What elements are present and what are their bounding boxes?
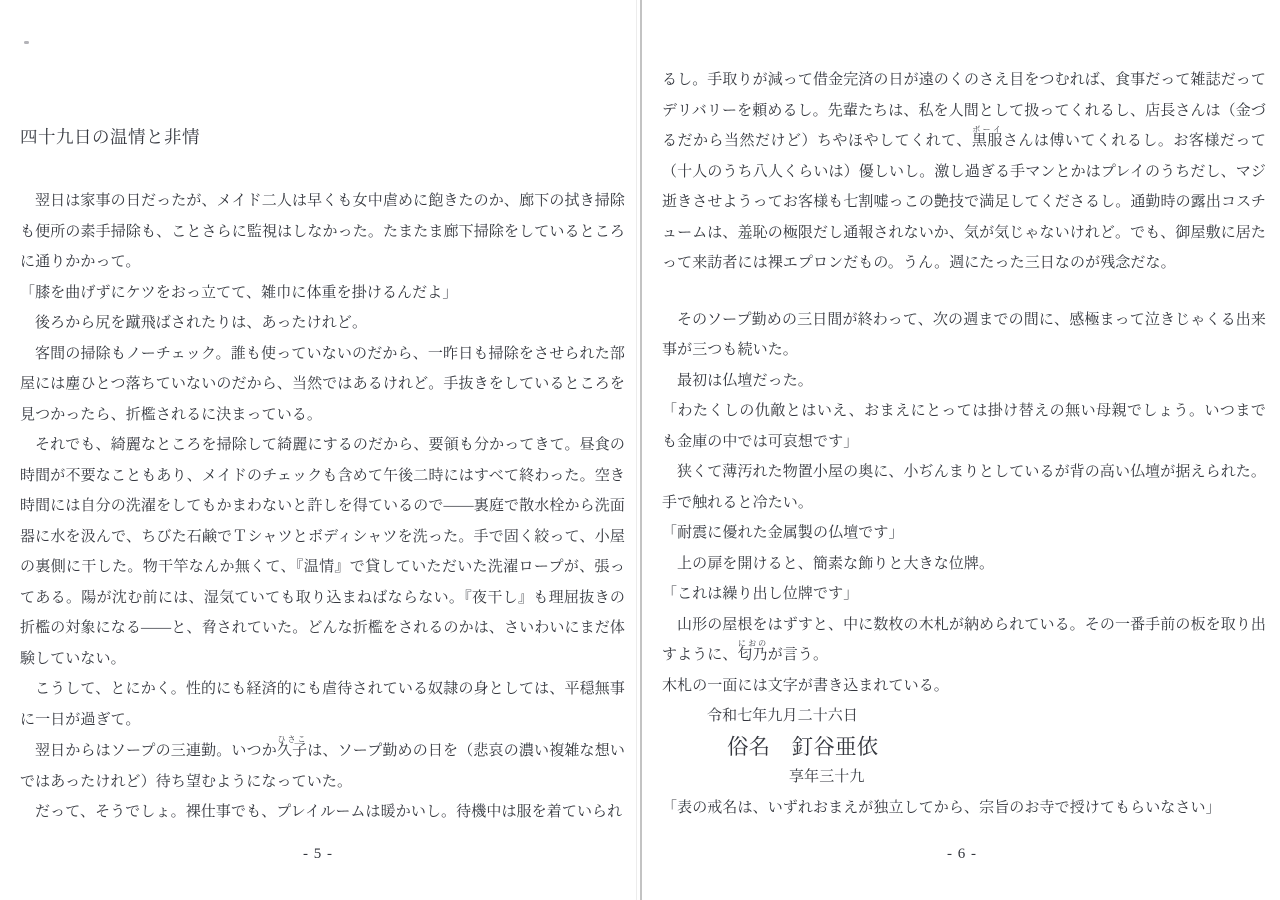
document-spread: 四十九日の温情と非情 翌日は家事の日だったが、メイド二人は早くも女中虐めに飽きた… [0, 0, 1280, 900]
paragraph: 享年三十九 [662, 762, 1266, 793]
paragraph: 最初は仏壇だった。 [662, 366, 1266, 397]
paragraph: 狭くて薄汚れた物置小屋の奥に、小ぢんまりとしているが背の高い仏壇が据えられた。手… [662, 457, 1266, 518]
paragraph: 客間の掃除もノーチェック。誰も使っていないのだから、一昨日も掃除をさせられた部屋… [20, 339, 625, 431]
ruby-annotated-name: 匂乃におの [738, 647, 768, 663]
paragraph: 俗名 釘谷亜依 [662, 732, 1266, 763]
paragraph: るし。手取りが減って借金完済の日が遠のくのさえ目をつむれば、食事だって雑誌だって… [662, 65, 1266, 279]
paragraph: 「これは繰り出し位牌です」 [662, 579, 1266, 610]
paragraph: こうして、とにかく。性的にも経済的にも虐待されている奴隷の身としては、平穏無事に… [20, 674, 625, 735]
paragraph: 翌日からはソープの三連勤。いつか久子ひさこは、ソープ勤めの日を（悲哀の濃い複雑な… [20, 735, 625, 797]
page-6: るし。手取りが減って借金完済の日が遠のくのさえ目をつむれば、食事だって雑誌だって… [644, 0, 1280, 900]
paragraph: 山形の屋根をはずすと、中に数枚の木札が納められている。その一番手前の板を取り出す… [662, 610, 1266, 671]
page-body-left: 翌日は家事の日だったが、メイド二人は早くも女中虐めに飽きたのか、廊下の拭き掃除も… [20, 186, 625, 828]
paragraph: 翌日は家事の日だったが、メイド二人は早くも女中虐めに飽きたのか、廊下の拭き掃除も… [20, 186, 625, 278]
page-divider [636, 0, 644, 900]
paragraph: 上の扉を開けると、簡素な飾りと大きな位牌。 [662, 549, 1266, 580]
paragraph: そのソープ勤めの三日間が終わって、次の週までの間に、感極まって泣きじゃくる出来事… [662, 305, 1266, 366]
ruby-annotated-name: 久子ひさこ [277, 743, 307, 759]
page-number-left: - 5 - [0, 846, 636, 863]
page-body-right: るし。手取りが減って借金完済の日が遠のくのさえ目をつむれば、食事だって雑誌だって… [662, 65, 1266, 823]
paragraph: だって、そうでしょ。裸仕事でも、プレイルームは暖かいし。待機中は服を着ていられ [20, 797, 625, 828]
paragraph: 「表の戒名は、いずれおまえが独立してから、宗旨のお寺で授けてもらいなさい」 [662, 793, 1266, 824]
paragraph: 令和七年九月二十六日 [662, 701, 1266, 732]
paragraph: それでも、綺麗なところを掃除して綺麗にするのだから、要領も分かってきて。昼食の時… [20, 430, 625, 674]
ruby-annotated-name: 黒服ボーイ [972, 133, 1003, 149]
paragraph: 「膝を曲げずにケツをおっ立てて、雑巾に体重を掛けるんだよ」 [20, 278, 625, 309]
paragraph: 「耐震に優れた金属製の仏壇です」 [662, 518, 1266, 549]
page-5: 四十九日の温情と非情 翌日は家事の日だったが、メイド二人は早くも女中虐めに飽きた… [0, 0, 636, 900]
stray-mark [24, 41, 29, 44]
page-number-right: - 6 - [644, 846, 1280, 863]
paragraph: 後ろから尻を蹴飛ばされたりは、あったけれど。 [20, 308, 625, 339]
paragraph: 「わたくしの仇敵とはいえ、おまえにとっては掛け替えの無い母親でしょう。いつまでも… [662, 396, 1266, 457]
chapter-title: 四十九日の温情と非情 [20, 122, 625, 153]
paragraph: 木札の一面には文字が書き込まれている。 [662, 671, 1266, 702]
